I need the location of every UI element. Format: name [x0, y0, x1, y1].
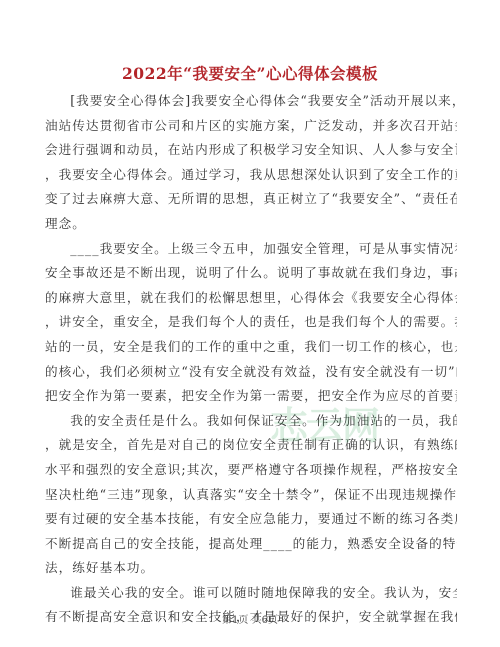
text-line: ____我要安全。上级三令五申，加强安全管理，可是从事实情况看，全国的	[45, 237, 457, 262]
text-line: 要有过硬的安全基本技能，有安全应急能力，要通过不断的练习各类应急预案，	[45, 507, 457, 532]
document-body: [我要安全心得体会]我要安全心得体会“我要安全”活动开展以来，通过加油站传达贯彻…	[45, 89, 457, 630]
text-line: [我要安全心得体会]我要安全心得体会“我要安全”活动开展以来，通过加	[45, 89, 457, 114]
document-title: 2022年“我要安全”心心得体会模板	[0, 62, 500, 84]
text-line: ，就是安全，首先是对自己的岗位安全责任制有正确的认识，有熟练的安全理论	[45, 433, 457, 458]
text-line: 的核心，我们必须树立“没有安全就没有效益，没有安全就没有一切”的观念，	[45, 360, 457, 385]
text-line: 水平和强烈的安全意识;其次，要严格遵守各项操作规程，严格按安全流程办事，	[45, 458, 457, 483]
text-line: 会进行强调和动员，在站内形成了积极学习安全知识、人人参与安全讨论的热潮	[45, 138, 457, 163]
text-line: 站的一员，安全是我们的工作的重中之重，我们一切工作的核心，也是我们责任	[45, 335, 457, 360]
text-line: 变了过去麻痹大意、无所谓的思想，真正树立了“我要安全”、“责任在我”的	[45, 187, 457, 212]
text-line: 不断提高自己的安全技能，提高处理____的能力，熟悉安全设备的特性和使用方	[45, 532, 457, 557]
text-line: ，讲安全，重安全，是我们每个人的责任，也是我们每个人的需要。我们是加油	[45, 310, 457, 335]
page-footer: 第1页 共6页	[0, 611, 500, 626]
text-line: 的麻痹大意里，就在我们的松懈思想里，心得体会《我要安全心得体会》。所以	[45, 286, 457, 311]
text-line: 谁最关心我的安全。谁可以随时随地保障我的安全。我认为，安全在我，只	[45, 581, 457, 606]
text-line: 安全事故还是不断出现，说明了什么。说明了事故就在我们身边，事故就在我们	[45, 261, 457, 286]
text-line: 坚决杜绝“三违”现象，认真落实“安全十禁令”，保证不出现违规操作;再次，	[45, 483, 457, 508]
watermark-text: 志云网	[270, 404, 378, 448]
text-line: 法，练好基本功。	[45, 556, 457, 581]
document-page: 2022年“我要安全”心心得体会模板 [我要安全心得体会]我要安全心得体会“我要…	[0, 0, 500, 647]
watermark: 志云网	[270, 395, 400, 435]
text-line: ，我要安全心得体会。通过学习，我从思想深处认识到了安全工作的重要性，转	[45, 163, 457, 188]
text-line: 理念。	[45, 212, 457, 237]
text-line: 油站传达贯彻省市公司和片区的实施方案，广泛发动，并多次召开站务会、班前	[45, 114, 457, 139]
